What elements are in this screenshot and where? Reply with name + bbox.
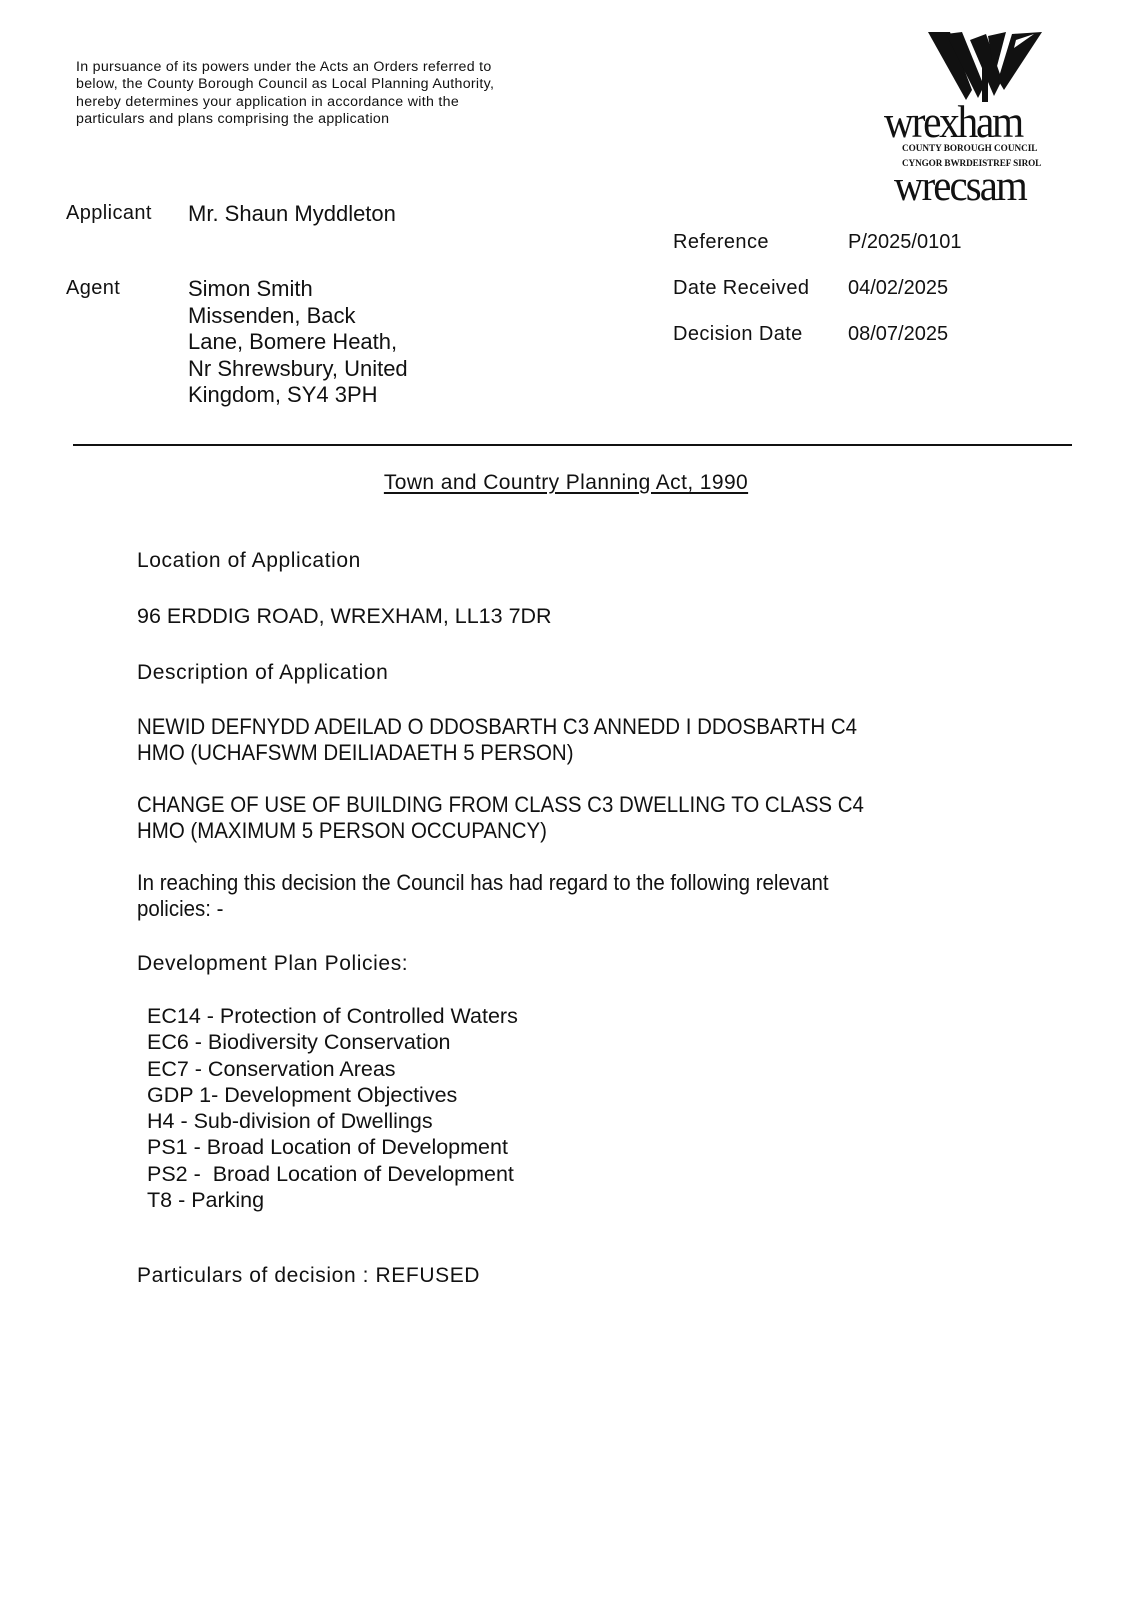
policy-item: GDP 1- Development Objectives — [147, 1082, 518, 1108]
policy-item: PS2 - Broad Location of Development — [147, 1161, 518, 1187]
council-logo: wrexham COUNTY BOROUGH COUNCIL CYNGOR BW… — [892, 30, 1052, 200]
policy-item: H4 - Sub-division of Dwellings — [147, 1108, 518, 1134]
policy-item: PS1 - Broad Location of Development — [147, 1134, 518, 1160]
description-line: HMO (MAXIMUM 5 PERSON OCCUPANCY) — [137, 818, 864, 844]
decision-status: Particulars of decision : REFUSED — [137, 1264, 480, 1288]
description-heading: Description of Application — [137, 661, 388, 685]
description-line: HMO (UCHAFSWM DEILIADAETH 5 PERSON) — [137, 740, 857, 766]
regard-line: In reaching this decision the Council ha… — [137, 870, 829, 896]
agent-address: Simon Smith Missenden, Back Lane, Bomere… — [188, 276, 448, 409]
policy-item: EC14 - Protection of Controlled Waters — [147, 1003, 518, 1029]
location-heading: Location of Application — [137, 549, 361, 573]
description-welsh: NEWID DEFNYDD ADEILAD O DDOSBARTH C3 ANN… — [137, 714, 857, 766]
logo-subtitle-en: COUNTY BOROUGH COUNCIL — [902, 143, 1037, 153]
divider — [73, 444, 1072, 446]
regard-statement: In reaching this decision the Council ha… — [137, 870, 829, 922]
wrexham-w-emblem-icon — [926, 30, 1046, 102]
agent-line: Kingdom, SY4 3PH — [188, 382, 448, 409]
logo-name-cy: wrecsam — [894, 162, 1026, 211]
agent-line: Simon Smith — [188, 276, 448, 303]
agent-label: Agent — [66, 277, 120, 300]
description-english: CHANGE OF USE OF BUILDING FROM CLASS C3 … — [137, 792, 864, 844]
reference-value: P/2025/0101 — [848, 231, 961, 254]
date-received-value: 04/02/2025 — [848, 277, 948, 300]
agent-line: Lane, Bomere Heath, — [188, 329, 448, 356]
location-value: 96 ERDDIG ROAD, WREXHAM, LL13 7DR — [137, 603, 552, 630]
logo-name-en: wrexham — [884, 96, 1022, 148]
policy-item: EC6 - Biodiversity Conservation — [147, 1029, 518, 1055]
description-line: CHANGE OF USE OF BUILDING FROM CLASS C3 … — [137, 792, 864, 818]
description-line: NEWID DEFNYDD ADEILAD O DDOSBARTH C3 ANN… — [137, 714, 857, 740]
agent-line: Missenden, Back — [188, 303, 448, 330]
agent-line: Nr Shrewsbury, United — [188, 356, 448, 383]
applicant-label: Applicant — [66, 202, 152, 225]
date-received-label: Date Received — [673, 277, 809, 300]
reference-label: Reference — [673, 231, 769, 254]
policies-heading: Development Plan Policies: — [137, 952, 408, 976]
regard-line: policies: - — [137, 896, 829, 922]
act-title-text: Town and Country Planning Act, 1990 — [384, 471, 748, 494]
applicant-name: Mr. Shaun Myddleton — [188, 201, 396, 228]
decision-date-value: 08/07/2025 — [848, 323, 948, 346]
policies-list: EC14 - Protection of Controlled Waters E… — [147, 1003, 518, 1213]
policy-item: T8 - Parking — [147, 1187, 518, 1213]
act-title: Town and Country Planning Act, 1990 — [0, 471, 1132, 495]
decision-date-label: Decision Date — [673, 323, 803, 346]
policy-item: EC7 - Conservation Areas — [147, 1056, 518, 1082]
preamble-text: In pursuance of its powers under the Act… — [76, 59, 516, 129]
